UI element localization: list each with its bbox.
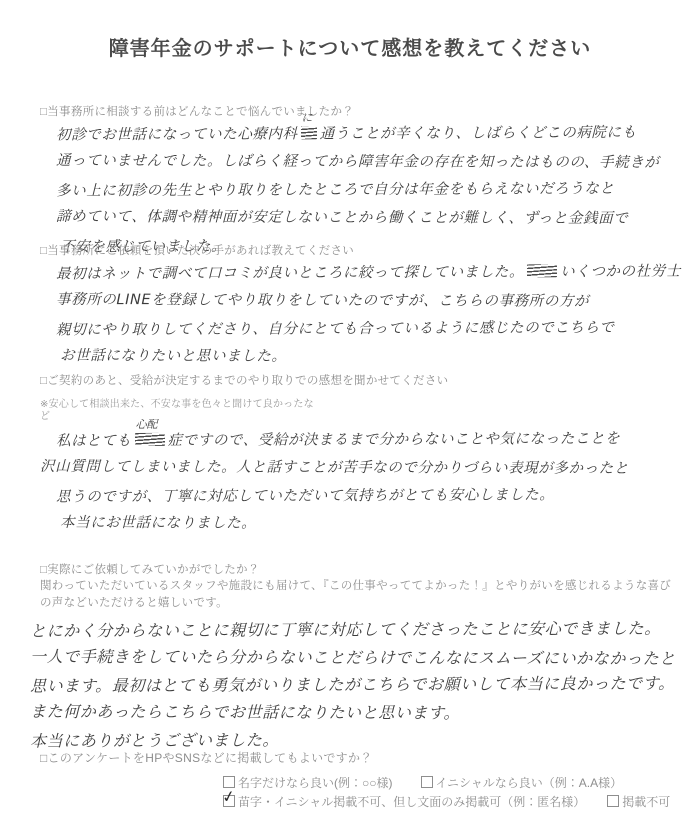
scribbled-out-text <box>527 264 557 277</box>
question-label: □ご契約のあと、受給が決定するまでのやり取りでの感想を聞かせてください <box>40 373 695 389</box>
consent-option-row: ✓苗字・イニシャル掲載不可、但し文面のみ掲載可（例：匿名様）掲載不可 <box>223 793 695 812</box>
checkbox-icon[interactable] <box>607 795 619 807</box>
page-title: 障害年金のサポートについて感想を教えてください <box>0 32 700 61</box>
answer-line: 一人で手続きをしていたら分からないことだらけでこんなにスムーズにいかなかったと <box>30 642 695 672</box>
question-label: □当事務所にご依頼を頂いた決め手があれば教えてください <box>40 243 695 259</box>
scribbled-out-text: に <box>301 126 317 139</box>
question-label: □このアンケートをHPやSNSなどに掲載してもよいですか？ <box>40 750 695 766</box>
handwritten-answer: 最初はネットで調べて口コミが良いところに絞って探していました。いくつかの社労士 … <box>40 259 695 371</box>
answer-line: 親切にやり取りしてくださり、自分にとても合っているように感じたのでこちらで <box>56 314 695 345</box>
handwritten-answer: 初診でお世話になっていた心療内科に通うことが辛くなり、しばらくどこの病院にも 通… <box>40 120 695 260</box>
answer-line: 私はとても心配症ですので、受給が決まるまで分からないことや気になったことを <box>56 425 695 456</box>
answer-line: 多い上に初診の先生とやり取りをしたところで自分は年金をもらえないだろうなと <box>56 175 695 206</box>
option-no-publication[interactable]: 掲載不可 <box>607 793 670 812</box>
consent-options: 名字だけなら良い(例：○○様)イニシャルなら良い（例：A.A様） ✓苗字・イニシ… <box>223 774 695 812</box>
question-label: □実際にご依頼してみていかがでしたか？ <box>40 562 695 578</box>
consent-option-row: 名字だけなら良い(例：○○様)イニシャルなら良い（例：A.A様） <box>223 774 695 793</box>
insertion-correction: 心配 <box>135 419 157 430</box>
answer-line: 通っていませんでした。しばらく経ってから障害年金の存在を知ったはものの、手続きが <box>56 147 695 177</box>
option-family-name-ok[interactable]: 名字だけなら良い(例：○○様) <box>223 774 393 793</box>
answer-line: 思います。最初はとても勇気がいりましたがこちらでお願いして本当に良かったです。 <box>30 670 695 700</box>
question-label: □当事務所に相談する前はどんなことで悩んでいましたか？ <box>40 104 695 120</box>
scribbled-out-text: 心配 <box>134 433 164 446</box>
answer-line: 最初はネットで調べて口コミが良いところに絞って探していました。いくつかの社労士 <box>56 258 695 289</box>
answer-line: とにかく分からないことに親切に丁寧に対応してくださったことに安心できました。 <box>30 615 695 645</box>
handwritten-answer: とにかく分からないことに親切に丁寧に対応してくださったことに安心できました。 一… <box>30 616 695 754</box>
answer-line: 本当にお世話になりました。 <box>60 509 695 539</box>
answer-line: 初診でお世話になっていた心療内科に通うことが辛くなり、しばらくどこの病院にも <box>56 119 695 150</box>
question-block-overall-impression: □実際にご依頼してみていかがでしたか？ 関わっていただいているスタッフや施設にも… <box>30 562 695 754</box>
answer-line: 諦めていて、体調や精神面が安定しないことから働くことが難しく、ずっと金銭面で <box>56 203 695 233</box>
answer-line: また何かあったらこちらでお世話になりたいと思います。 <box>30 697 695 727</box>
survey-sheet: 障害年金のサポートについて感想を教えてください □当事務所に相談する前はどんなこ… <box>0 0 700 836</box>
checkbox-icon[interactable] <box>421 776 433 788</box>
handwritten-answer: 私はとても心配症ですので、受給が決まるまで分からないことや気になったことを 沢山… <box>40 426 695 538</box>
answer-line: 事務所のLINEを登録してやり取りをしていたのですが、こちらの事務所の方が <box>56 286 695 316</box>
answer-line: 沢山質問してしまいました。人と話すことが苦手なので分かりづらい表現が多かったと <box>40 453 695 483</box>
answer-line: 思うのですが、丁寧に対応していただいて気持ちがとても安心しました。 <box>56 481 695 512</box>
question-block-worries-before: □当事務所に相談する前はどんなことで悩んでいましたか？ 初診でお世話になっていた… <box>40 104 695 260</box>
question-block-publication-consent: □このアンケートをHPやSNSなどに掲載してもよいですか？ 名字だけなら良い(例… <box>40 750 695 812</box>
option-initials-ok[interactable]: イニシャルなら良い（例：A.A様） <box>421 774 623 793</box>
question-description: 関わっていただいているスタッフや施設にも届けて、『この仕事やっててよかった！』と… <box>40 578 695 612</box>
option-text-only-anonymous[interactable]: ✓苗字・イニシャル掲載不可、但し文面のみ掲載可（例：匿名様） <box>223 793 585 812</box>
question-block-contract-to-award: □ご契約のあと、受給が決定するまでのやり取りでの感想を聞かせてください ※安心し… <box>40 373 695 538</box>
answer-line: お世話になりたいと思いました。 <box>60 342 695 372</box>
checkbox-icon-checked[interactable]: ✓ <box>223 795 235 807</box>
question-block-deciding-factor: □当事務所にご依頼を頂いた決め手があれば教えてください 最初はネットで調べて口コ… <box>40 243 695 371</box>
insertion-correction: に <box>302 112 313 123</box>
